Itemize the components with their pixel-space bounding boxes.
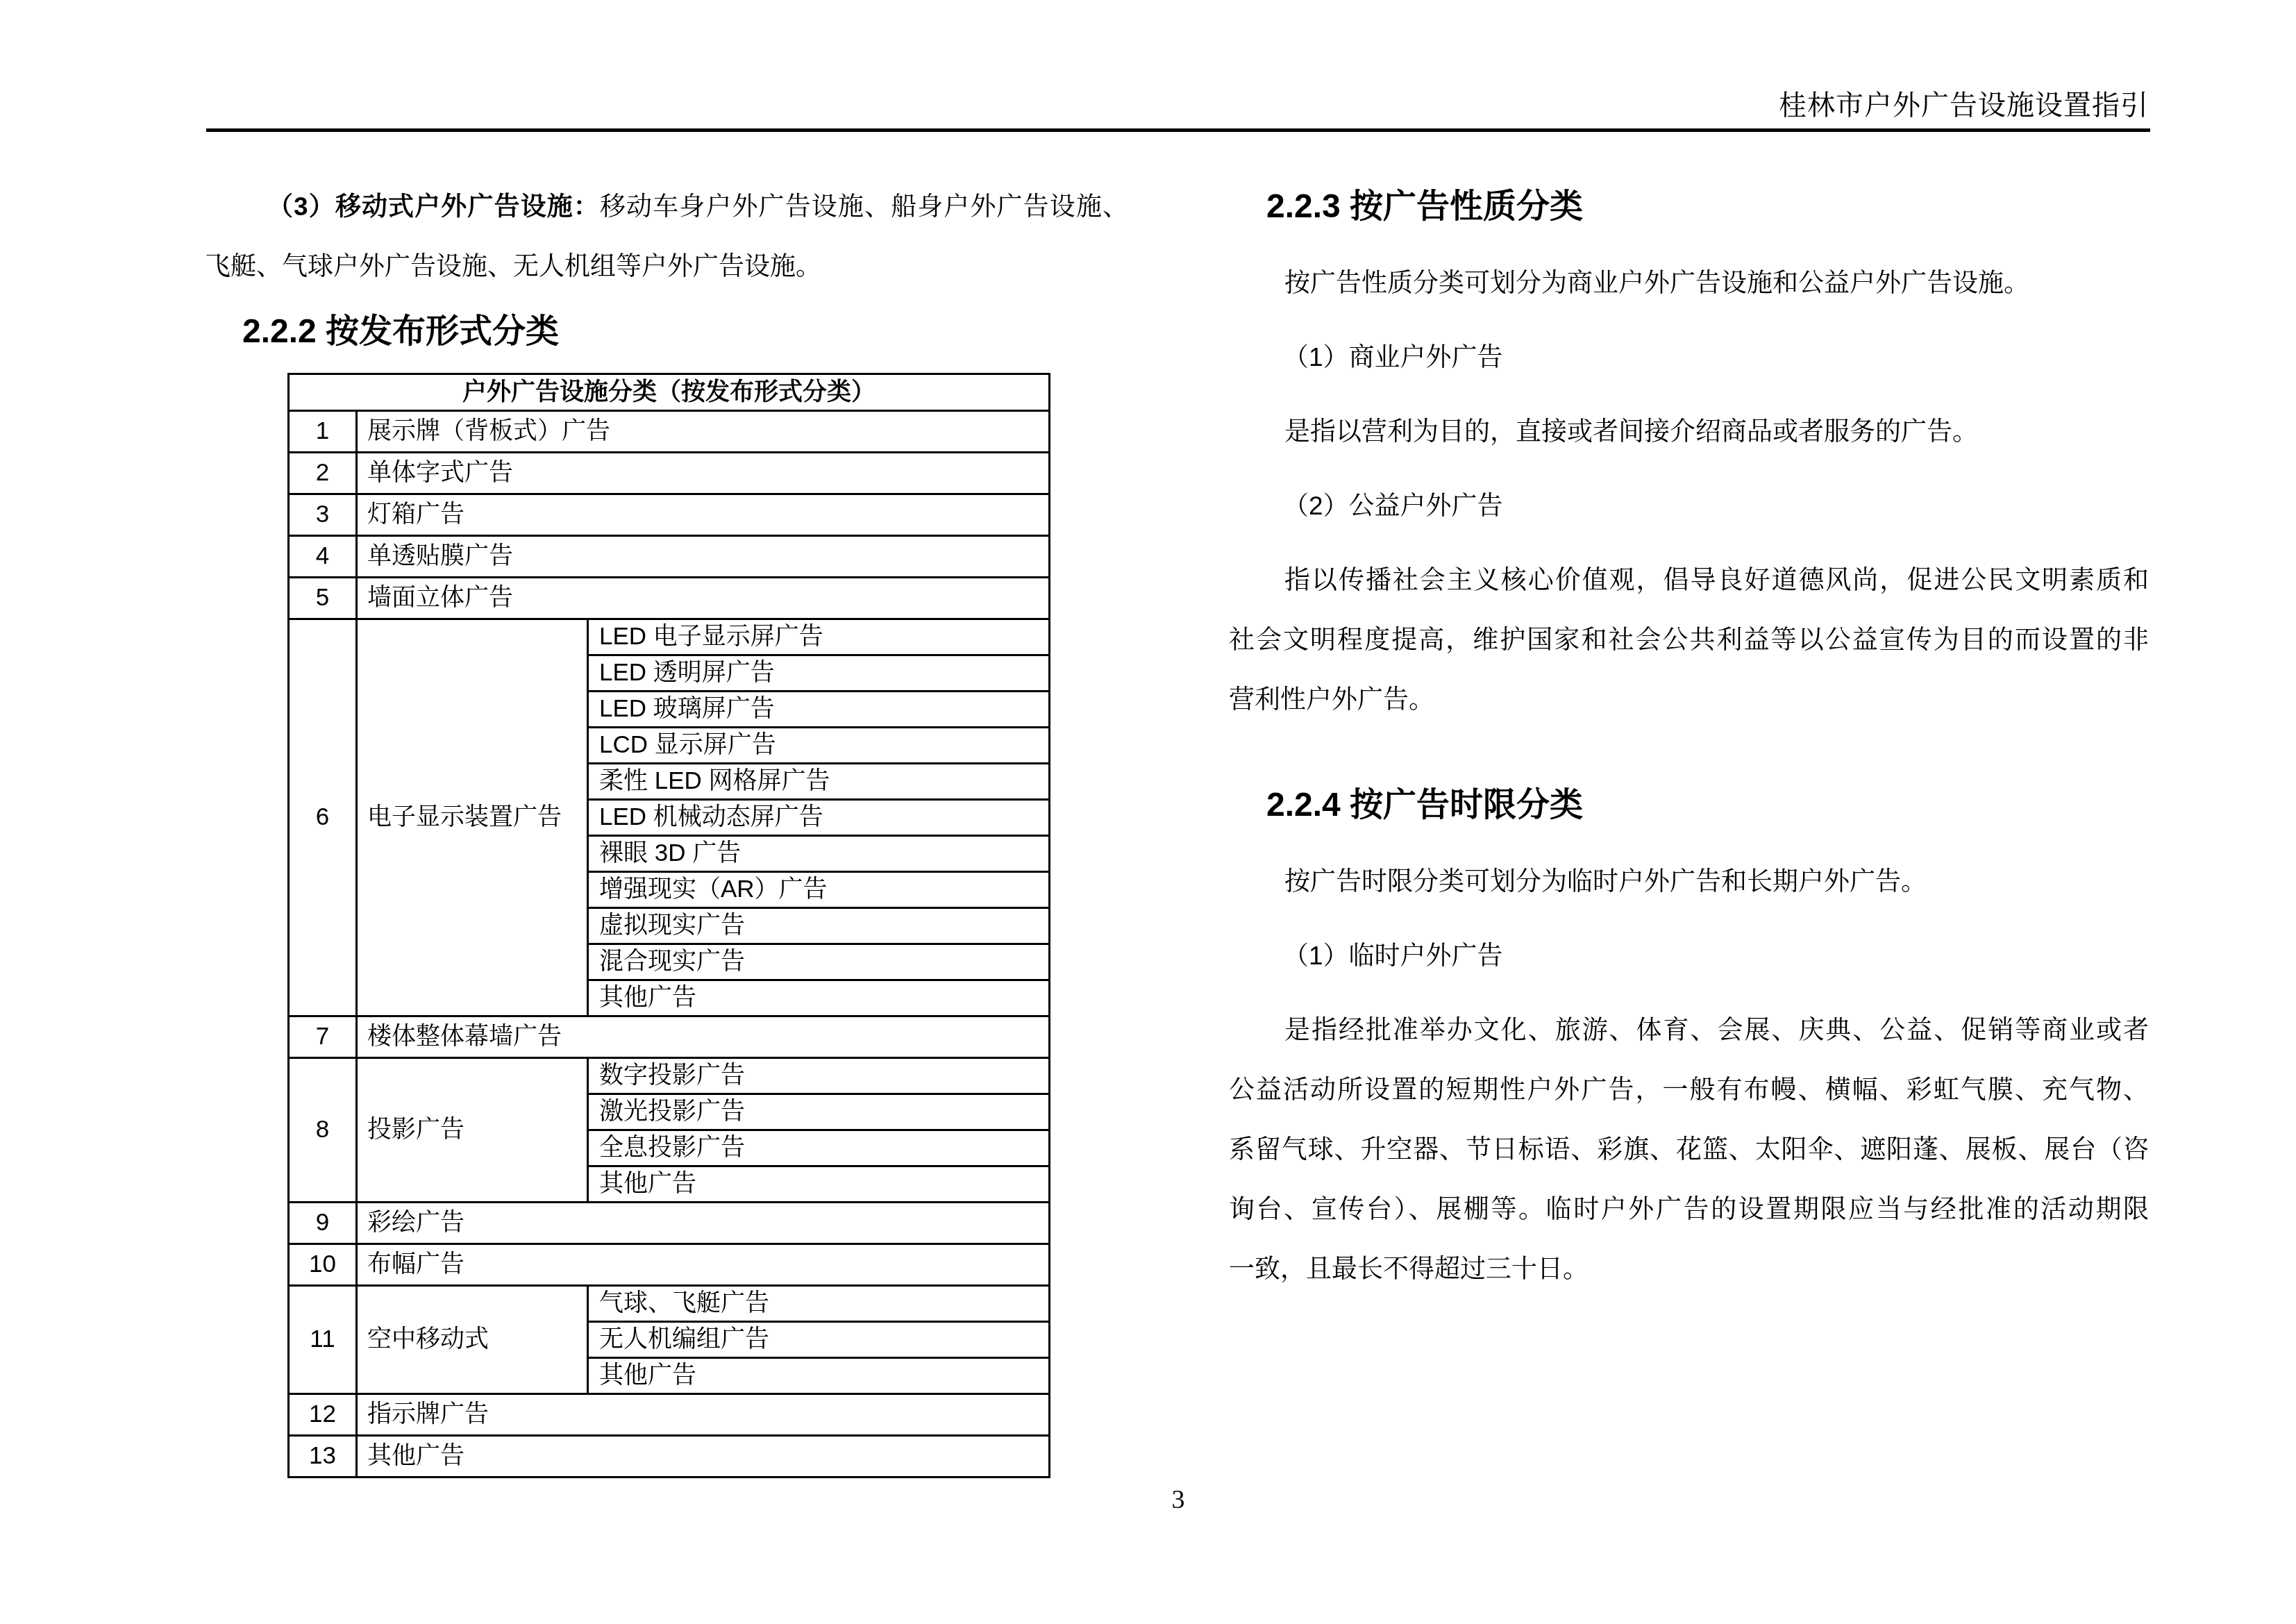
paragraph-line: 询台、宣传台）、展棚等。临时户外广告的设置期限应当与经批准的活动期限 bbox=[1229, 1180, 2149, 1239]
paragraph-line: 是指以营利为目的，直接或者间接介绍商品或者服务的广告。 bbox=[1229, 402, 2204, 462]
row-category: 展示牌（背板式）广告 bbox=[357, 411, 1050, 453]
list-item-commercial: （1）商业户外广告 bbox=[1229, 328, 2203, 387]
table-row: 5 墙面立体广告 bbox=[289, 578, 1050, 619]
table-row: 7 楼体整体幕墙广告 bbox=[289, 1016, 1050, 1058]
paragraph-line: 指以传播社会主义核心价值观，倡导良好道德风尚，促进公民文明素质和 bbox=[1229, 551, 2149, 610]
document-page: 桂林市户外广告设施设置指引 （3）移动式户外广告设施：移动车身户外广告设施、船身… bbox=[0, 0, 2296, 1624]
row-number: 4 bbox=[289, 536, 357, 578]
section-heading-2-2-3: 2.2.3 按广告性质分类 bbox=[1229, 189, 2186, 225]
row-subcategory: LED 玻璃屏广告 bbox=[588, 692, 1050, 728]
row-subcategory: 无人机编组广告 bbox=[588, 1322, 1050, 1358]
paragraph-lead-rest: 移动车身户外广告设施、船身户外广告设施、 bbox=[600, 192, 1128, 221]
row-category: 单透贴膜广告 bbox=[357, 536, 1050, 578]
paragraph-line: 社会文明程度提高，维护国家和社会公共利益等以公益宣传为目的而设置的非 bbox=[1229, 610, 2149, 670]
paragraph-line: 营利性户外广告。 bbox=[1229, 670, 2149, 730]
row-subcategory: LED 电子显示屏广告 bbox=[588, 619, 1050, 655]
row-number: 6 bbox=[289, 619, 357, 1016]
row-category: 布幅广告 bbox=[357, 1244, 1050, 1286]
row-category: 灯箱广告 bbox=[357, 494, 1050, 536]
row-category: 其他广告 bbox=[357, 1436, 1050, 1477]
list-item-temporary: （1）临时户外广告 bbox=[1229, 926, 2203, 986]
list-item-public-welfare: （2）公益户外广告 bbox=[1229, 476, 2203, 536]
row-number: 1 bbox=[289, 411, 357, 453]
table-caption-row: 户外广告设施分类（按发布形式分类） bbox=[289, 374, 1050, 411]
row-subcategory: 其他广告 bbox=[588, 1358, 1050, 1394]
paragraph-line: 按广告时限分类可划分为临时户外广告和长期户外广告。 bbox=[1229, 852, 2204, 912]
row-subcategory: 增强现实（AR）广告 bbox=[588, 872, 1050, 908]
row-subcategory: 数字投影广告 bbox=[588, 1058, 1050, 1094]
row-number: 5 bbox=[289, 578, 357, 619]
paragraph-line: 飞艇、气球户外广告设施、无人机组等户外广告设施。 bbox=[205, 237, 1128, 296]
row-subcategory: LED 机械动态屏广告 bbox=[588, 800, 1050, 836]
classification-table: 户外广告设施分类（按发布形式分类） 1 展示牌（背板式）广告 2 单体字式广告 … bbox=[287, 373, 1050, 1478]
paragraph-line: 按广告性质分类可划分为商业户外广告设施和公益户外广告设施。 bbox=[1229, 253, 2204, 313]
table-row: 3 灯箱广告 bbox=[289, 494, 1050, 536]
header-rule bbox=[206, 128, 2150, 132]
paragraph-line: 一致，且最长不得超过三十日。 bbox=[1229, 1239, 2149, 1299]
row-number: 9 bbox=[289, 1203, 357, 1244]
row-category: 指示牌广告 bbox=[357, 1394, 1050, 1436]
paragraph-line: 是指经批准举办文化、旅游、体育、会展、庆典、公益、促销等商业或者 bbox=[1229, 1001, 2149, 1060]
table-row: 4 单透贴膜广告 bbox=[289, 536, 1050, 578]
row-number: 7 bbox=[289, 1016, 357, 1058]
table-row: 11 空中移动式 气球、飞艇广告 bbox=[289, 1286, 1050, 1322]
row-category: 墙面立体广告 bbox=[357, 578, 1050, 619]
row-category: 楼体整体幕墙广告 bbox=[357, 1016, 1050, 1058]
paragraph-line: 系留气球、升空器、节日标语、彩旗、花篮、太阳伞、遮阳蓬、展板、展台（咨 bbox=[1229, 1120, 2149, 1180]
row-subcategory: 柔性 LED 网格屏广告 bbox=[588, 764, 1050, 800]
row-subcategory: 混合现实广告 bbox=[588, 944, 1050, 980]
paragraph-lead-bold: （3）移动式户外广告设施： bbox=[267, 192, 600, 221]
row-subcategory: 其他广告 bbox=[588, 1166, 1050, 1203]
section-heading-2-2-2: 2.2.2 按发布形式分类 bbox=[205, 314, 1166, 350]
row-subcategory: 激光投影广告 bbox=[588, 1094, 1050, 1130]
table-row: 10 布幅广告 bbox=[289, 1244, 1050, 1286]
table-row: 8 投影广告 数字投影广告 bbox=[289, 1058, 1050, 1094]
table-row: 6 电子显示装置广告 LED 电子显示屏广告 bbox=[289, 619, 1050, 655]
paragraph-line: 公益活动所设置的短期性户外广告，一般有布幔、横幅、彩虹气膜、充气物、 bbox=[1229, 1060, 2149, 1120]
row-category: 投影广告 bbox=[357, 1058, 588, 1203]
row-subcategory: 全息投影广告 bbox=[588, 1130, 1050, 1166]
row-category: 单体字式广告 bbox=[357, 453, 1050, 494]
table-row: 13 其他广告 bbox=[289, 1436, 1050, 1477]
row-subcategory: 虚拟现实广告 bbox=[588, 908, 1050, 944]
row-number: 11 bbox=[289, 1286, 357, 1394]
table-row: 1 展示牌（背板式）广告 bbox=[289, 411, 1050, 453]
row-number: 10 bbox=[289, 1244, 357, 1286]
paragraph-mobile-facilities: （3）移动式户外广告设施：移动车身户外广告设施、船身户外广告设施、 飞艇、气球户… bbox=[205, 177, 1128, 296]
section-heading-2-2-4: 2.2.4 按广告时限分类 bbox=[1229, 787, 2186, 823]
table-title: 户外广告设施分类（按发布形式分类） bbox=[289, 374, 1050, 411]
table-row: 2 单体字式广告 bbox=[289, 453, 1050, 494]
table-row: 12 指示牌广告 bbox=[289, 1394, 1050, 1436]
row-number: 8 bbox=[289, 1058, 357, 1203]
row-subcategory: LED 透明屏广告 bbox=[588, 655, 1050, 692]
table-row: 9 彩绘广告 bbox=[289, 1203, 1050, 1244]
row-subcategory: 气球、飞艇广告 bbox=[588, 1286, 1050, 1322]
paragraph-temporary-desc: 是指经批准举办文化、旅游、体育、会展、庆典、公益、促销等商业或者 公益活动所设置… bbox=[1229, 1001, 2149, 1299]
row-category: 彩绘广告 bbox=[357, 1203, 1050, 1244]
row-category: 电子显示装置广告 bbox=[357, 619, 588, 1016]
row-subcategory: 其他广告 bbox=[588, 980, 1050, 1016]
page-number: 3 bbox=[206, 1484, 2150, 1515]
page-header-title: 桂林市户外广告设施设置指引 bbox=[1779, 89, 2149, 122]
row-number: 3 bbox=[289, 494, 357, 536]
row-number: 12 bbox=[289, 1394, 357, 1436]
row-number: 13 bbox=[289, 1436, 357, 1477]
paragraph-line: （3）移动式户外广告设施：移动车身户外广告设施、船身户外广告设施、 bbox=[205, 177, 1128, 237]
row-subcategory: LCD 显示屏广告 bbox=[588, 728, 1050, 764]
paragraph-public-welfare-desc: 指以传播社会主义核心价值观，倡导良好道德风尚，促进公民文明素质和 社会文明程度提… bbox=[1229, 551, 2149, 730]
row-subcategory: 裸眼 3D 广告 bbox=[588, 836, 1050, 872]
row-number: 2 bbox=[289, 453, 357, 494]
row-category: 空中移动式 bbox=[357, 1286, 588, 1394]
